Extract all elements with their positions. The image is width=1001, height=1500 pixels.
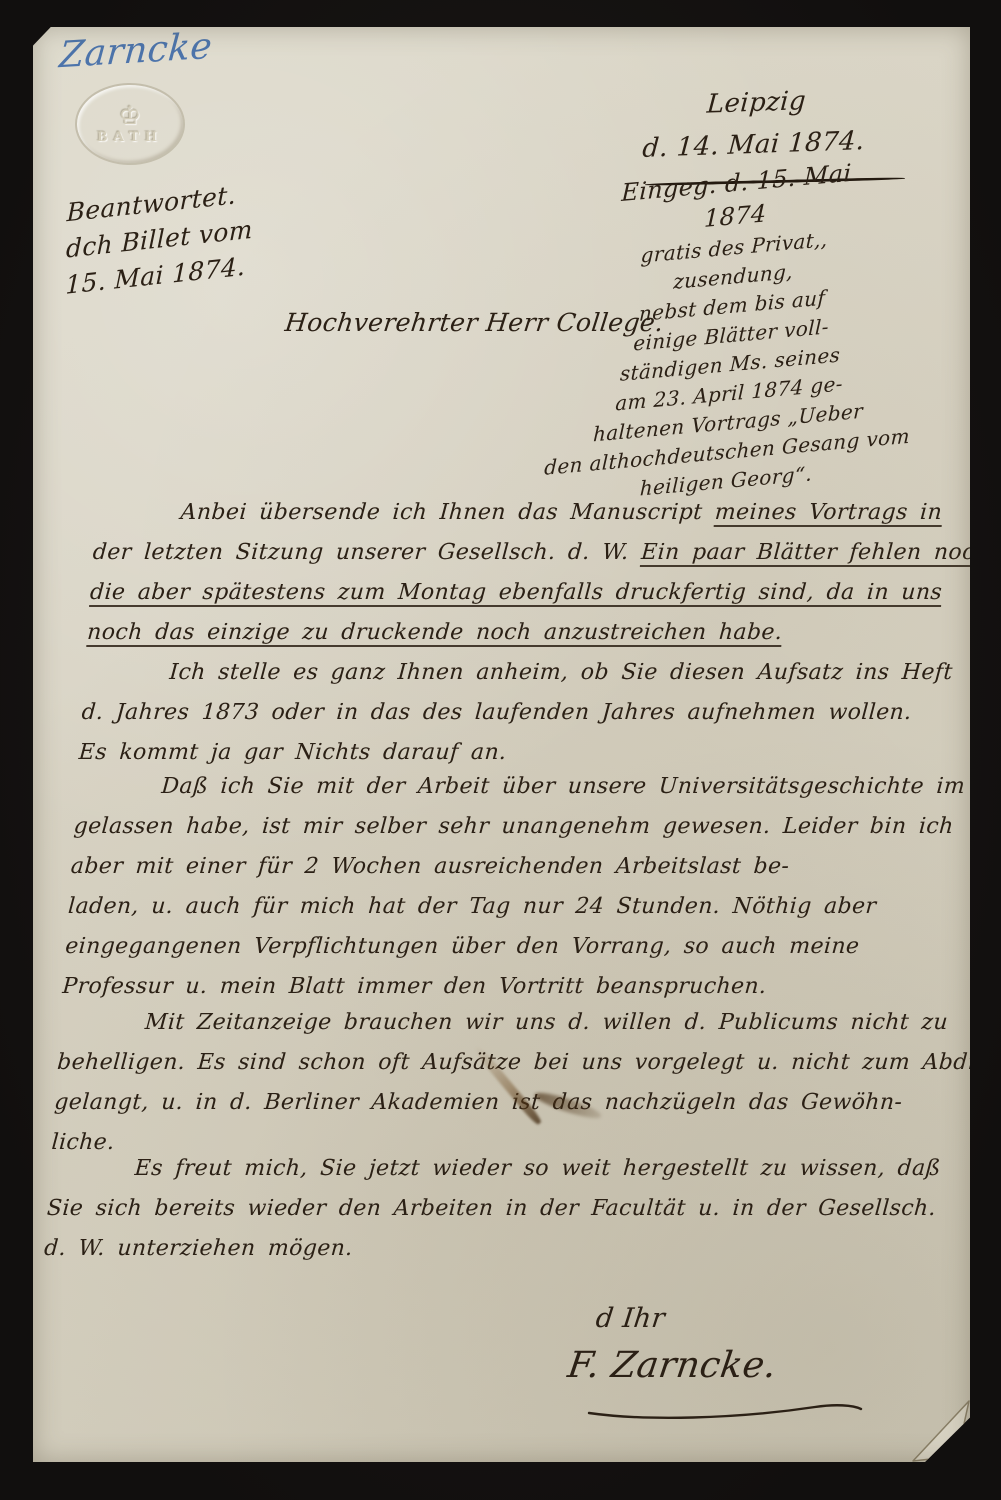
signature: F. Zarncke. [565, 1345, 779, 1386]
response-annotation: Beantwortet. dch Billet vom 15. Mai 1874… [65, 162, 385, 304]
manuscript-line: gelassen habe, ist mir selber sehr unang… [72, 807, 923, 847]
manuscript-line: Sie sich bereits wieder den Arbeiten in … [46, 1189, 897, 1229]
manuscript-line: Ich stelle es ganz Ihnen anheim, ob Sie … [83, 653, 934, 693]
manuscript-line: Mit Zeitanzeige brauchen wir uns d. will… [59, 1003, 910, 1043]
paragraph: Es freut mich, Sie jetzt wieder so weit … [43, 1149, 899, 1269]
letter-body: Anbei übersende ich Ihnen das Manuscript… [43, 493, 945, 1269]
manuscript-line: Professur u. mein Blatt immer den Vortri… [61, 967, 912, 1007]
salutation: Hochverehrter Herr College. [283, 308, 665, 337]
letter-page: Zarncke ♔ BATH Leipzig d. 14. Mai 1874. … [33, 27, 970, 1462]
seal-text: BATH [97, 129, 162, 146]
manuscript-line: die aber spätestens zum Montag ebenfalls… [89, 573, 940, 613]
manuscript-line: eingegangenen Verpflichtungen über den V… [64, 927, 915, 967]
manuscript-line: d. Jahres 1873 oder in das des laufenden… [80, 693, 931, 733]
folded-corner [909, 1399, 973, 1465]
manuscript-line: gelangt, u. in d. Berliner Akademien ist… [53, 1083, 904, 1123]
manuscript-line: Anbei übersende ich Ihnen das Manuscript… [94, 493, 945, 533]
manuscript-line: der letzten Sitzung unserer Gesellsch. d… [91, 533, 942, 573]
embossed-bath-seal: ♔ BATH [75, 83, 185, 165]
paragraph: Daß ich Sie mit der Arbeit über unsere U… [61, 767, 926, 1007]
manuscript-line: aber mit einer für 2 Wochen ausreichende… [69, 847, 920, 887]
signature-flourish [585, 1399, 865, 1421]
paragraph: Anbei übersende ich Ihnen das Manuscript… [86, 493, 945, 653]
manuscript-line: Es freut mich, Sie jetzt wieder so weit … [48, 1149, 899, 1189]
paragraph: Ich stelle es ganz Ihnen anheim, ob Sie … [77, 653, 933, 773]
manuscript-line: noch das einzige zu druckende noch anzus… [86, 613, 937, 653]
valediction: d Ihr [594, 1303, 667, 1334]
manuscript-line: d. W. unterziehen mögen. [43, 1229, 894, 1269]
paragraph: Mit Zeitanzeige brauchen wir uns d. will… [50, 1003, 909, 1163]
crown-icon: ♔ [119, 103, 141, 128]
manuscript-line: laden, u. auch für mich hat der Tag nur … [67, 887, 918, 927]
manuscript-line: Daß ich Sie mit der Arbeit über unsere U… [75, 767, 926, 807]
archivist-pencil-label: Zarncke [58, 26, 214, 77]
